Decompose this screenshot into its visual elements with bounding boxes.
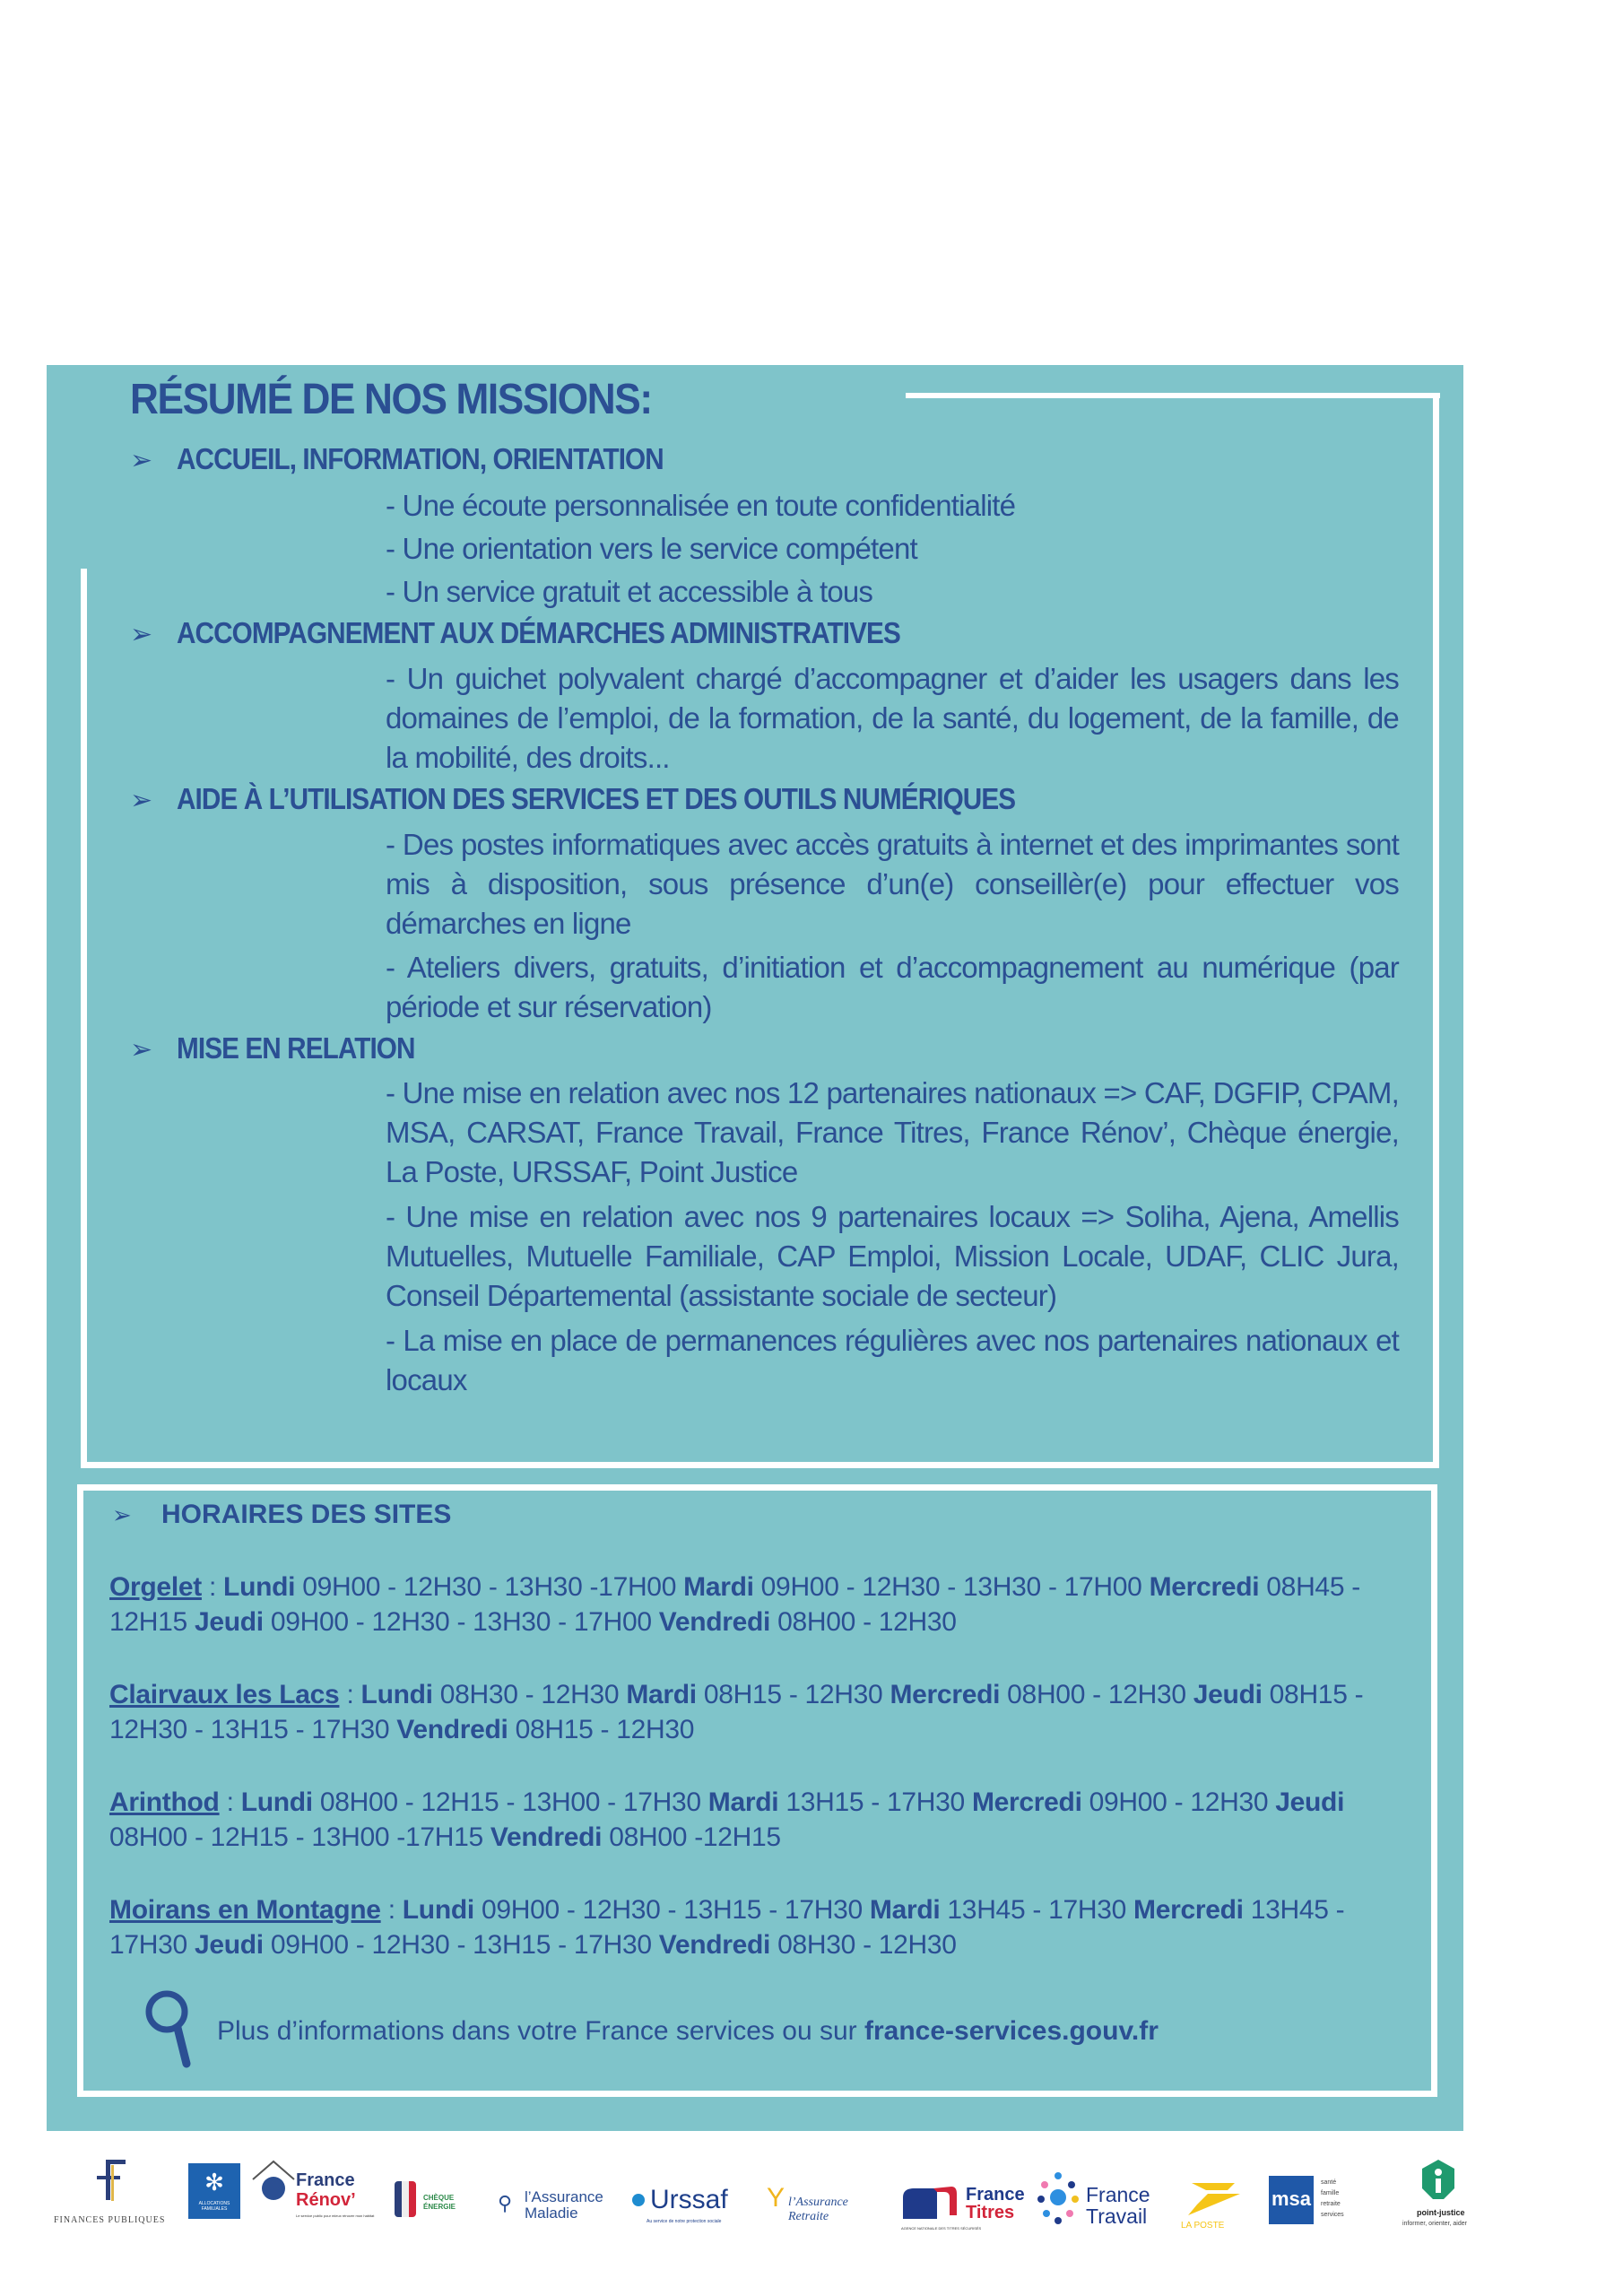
schedule-times: 08H00 - 12H15 - 13H00 -17H15: [109, 1822, 490, 1852]
france-renov-label1: France: [296, 2170, 355, 2191]
logo-france-titres: France Titres AGENCE NATIONALE DES TITRE…: [901, 2152, 1045, 2251]
arrow-bullet-icon: ➢: [130, 785, 177, 816]
section-heading-label: ACCOMPAGNEMENT AUX DÉMARCHES ADMINISTRAT…: [177, 616, 900, 650]
schedule-times: 08H00 - 12H30: [1000, 1680, 1193, 1709]
hours-frame-bottom: [77, 2091, 1437, 2097]
section-heading-label: MISE EN RELATION: [177, 1031, 415, 1065]
france-titres-tagline: AGENCE NATIONALE DES TITRES SÉCURISÉS: [901, 2226, 981, 2231]
schedule-day: Vendredi: [490, 1822, 602, 1852]
mission-item: - Une écoute personnalisée en toute conf…: [386, 486, 1399, 526]
la-poste-label: LA POSTE: [1181, 2221, 1224, 2231]
schedule-times: 08H00 -12H15: [602, 1822, 781, 1852]
hours-heading: ➢HORAIRES DES SITES: [112, 1500, 451, 1530]
schedule-day: Jeudi: [195, 1607, 264, 1637]
cheque-energie-label1: CHÈQUE: [423, 2194, 454, 2202]
site-name: Arinthod: [109, 1787, 220, 1817]
section-heading-label: ACCUEIL, INFORMATION, ORIENTATION: [177, 442, 664, 476]
schedule-day: Mercredi: [1150, 1572, 1260, 1602]
msa-tagline: services: [1321, 2212, 1344, 2218]
schedule-times: 08H00 - 12H30: [770, 1607, 957, 1637]
mission-item: - Des postes informatiques avec accès gr…: [386, 825, 1399, 944]
schedule-times: 09H00 - 12H30: [1082, 1787, 1276, 1817]
france-services-link[interactable]: france-services.gouv.fr: [864, 2016, 1159, 2046]
urssaf-tagline: Au service de notre protection sociale: [647, 2219, 721, 2224]
logo-france-renov: France Rénov’ Le service public pour mie…: [251, 2152, 395, 2251]
logo-assurance-retraite: Y l’Assurance Retraite: [767, 2152, 874, 2251]
schedule-day: Lundi: [223, 1572, 295, 1602]
msa-tagline: retraite: [1321, 2201, 1341, 2207]
schedule-day: Vendredi: [659, 1607, 770, 1637]
missions-title: RÉSUMÉ DE NOS MISSIONS:: [130, 375, 652, 424]
logo-la-poste: LA POSTE: [1179, 2152, 1260, 2251]
schedule-times: 09H00 - 12H30 - 13H30 - 17H00: [264, 1607, 659, 1637]
msa-icon: msa: [1269, 2176, 1314, 2224]
site-name: Orgelet: [109, 1572, 202, 1602]
info-row: Plus d’informations dans votre France se…: [143, 1987, 1399, 2076]
schedule-times: 08H15 - 12H30: [508, 1715, 695, 1744]
site-hours: Arinthod : Lundi 08H00 - 12H15 - 13H00 -…: [109, 1785, 1419, 1855]
finances-publiques-icon: [54, 2152, 170, 2206]
arrow-bullet-icon: ➢: [130, 619, 177, 650]
schedule-day: Jeudi: [1275, 1787, 1344, 1817]
finances-publiques-label: FINANCES PUBLIQUES: [54, 2215, 165, 2225]
schedule-times: 09H00 - 12H30 - 13H30 - 17H00: [754, 1572, 1150, 1602]
mission-item: - Un service gratuit et accessible à tou…: [386, 572, 1399, 612]
logo-point-justice: point-justice informer, orienter, aider: [1390, 2152, 1497, 2251]
france-titres-label2: Titres: [966, 2203, 1014, 2223]
urssaf-icon: [632, 2194, 645, 2206]
logo-france-travail: France Travail: [1036, 2152, 1170, 2251]
mission-item: - Une mise en relation avec nos 9 parten…: [386, 1197, 1399, 1316]
schedule-day: Mercredi: [890, 1680, 1000, 1709]
frame-bottom-line: [81, 1462, 1439, 1468]
schedule-day: Mardi: [708, 1787, 779, 1817]
logo-cheque-energie: CHÈQUE ÉNERGIE: [395, 2152, 484, 2251]
france-travail-label2: Travail: [1086, 2205, 1147, 2229]
section-heading-label: AIDE À L’UTILISATION DES SERVICES ET DES…: [177, 782, 1015, 816]
hours-heading-label: HORAIRES DES SITES: [161, 1500, 451, 1529]
schedule-day: Lundi: [241, 1787, 313, 1817]
france-titres-icon: [901, 2185, 959, 2221]
schedule-day: Mercredi: [1133, 1895, 1244, 1925]
schedule-day: Vendredi: [659, 1930, 770, 1960]
caf-icon: ✻ ALLOCATIONS FAMILIALES: [188, 2163, 240, 2219]
schedule-times: 08H00 - 12H15 - 13H00 - 17H30: [313, 1787, 708, 1817]
schedule-day: Mardi: [870, 1895, 941, 1925]
assurance-maladie-icon: ⚲: [498, 2192, 512, 2215]
frame-left-line: [81, 569, 87, 1468]
urssaf-label: Urssaf: [650, 2185, 728, 2215]
point-justice-label: point-justice: [1417, 2208, 1465, 2217]
logo-msa: msa santé famille retraite services: [1269, 2152, 1367, 2251]
france-renov-house-icon: [251, 2160, 296, 2205]
info-text-label: Plus d’informations dans votre France se…: [217, 2016, 864, 2046]
schedule-times: 09H00 - 12H30 - 13H30 -17H00: [295, 1572, 683, 1602]
mission-item: - Une mise en relation avec nos 12 parte…: [386, 1074, 1399, 1192]
site-hours: Clairvaux les Lacs : Lundi 08H30 - 12H30…: [109, 1677, 1419, 1747]
cheque-energie-label2: ÉNERGIE: [423, 2203, 456, 2211]
france-travail-icon: [1036, 2170, 1081, 2226]
section-heading-accompagnement: ➢ACCOMPAGNEMENT AUX DÉMARCHES ADMINISTRA…: [130, 616, 981, 650]
schedule-day: Mercredi: [972, 1787, 1082, 1817]
schedule-day: Lundi: [403, 1895, 474, 1925]
site-hours: Orgelet : Lundi 09H00 - 12H30 - 13H30 -1…: [109, 1570, 1419, 1639]
hours-frame-left: [77, 1484, 83, 2097]
logo-assurance-maladie: ⚲ l’Assurance Maladie: [498, 2152, 623, 2251]
hours-frame-right: [1431, 1484, 1437, 2097]
schedule-day: Mardi: [683, 1572, 754, 1602]
schedule-day: Lundi: [361, 1680, 433, 1709]
mission-item: - Ateliers divers, gratuits, d’initiatio…: [386, 948, 1399, 1027]
schedule-day: Mardi: [626, 1680, 697, 1709]
hours-frame-top: [79, 1484, 1437, 1491]
site-name: Clairvaux les Lacs: [109, 1680, 339, 1709]
schedule-times: 08H30 - 12H30: [433, 1680, 627, 1709]
msa-tagline: santé: [1321, 2179, 1336, 2186]
section-heading-mise-en-relation: ➢MISE EN RELATION: [130, 1031, 441, 1065]
frame-top-line: [906, 393, 1440, 398]
search-icon: [143, 1987, 197, 2076]
site-name: Moirans en Montagne: [109, 1895, 381, 1925]
point-justice-icon: [1420, 2158, 1456, 2201]
schedule-day: Jeudi: [1193, 1680, 1263, 1709]
schedule-times: 08H15 - 12H30: [697, 1680, 890, 1709]
caf-label: ALLOCATIONS FAMILIALES: [191, 2201, 238, 2212]
site-hours: Moirans en Montagne : Lundi 09H00 - 12H3…: [109, 1892, 1419, 1962]
france-renov-label2: Rénov’: [296, 2190, 356, 2211]
logo-urssaf: Urssaf Au service de notre protection so…: [632, 2152, 762, 2251]
assurance-maladie-label1: l’Assurance: [525, 2188, 603, 2206]
logo-caf: ✻ ALLOCATIONS FAMILIALES: [188, 2152, 242, 2251]
arrow-bullet-icon: ➢: [130, 445, 177, 476]
schedule-times: 08H30 - 12H30: [770, 1930, 957, 1960]
schedule-times: 09H00 - 12H30 - 13H15 - 17H30: [474, 1895, 870, 1925]
section-heading-accueil: ➢ACCUEIL, INFORMATION, ORIENTATION: [130, 442, 717, 476]
france-renov-tagline: Le service public pour mieux rénover mon…: [296, 2213, 374, 2218]
france-travail-label1: France: [1086, 2183, 1150, 2207]
mission-item: - La mise en place de permanences réguli…: [386, 1321, 1399, 1400]
partner-logos: FINANCES PUBLIQUES ✻ ALLOCATIONS FAMILIA…: [54, 2152, 1578, 2251]
assurance-retraite-icon: Y: [767, 2183, 785, 2213]
info-text: Plus d’informations dans votre France se…: [217, 2016, 1159, 2047]
schedule-times: 13H15 - 17H30: [778, 1787, 972, 1817]
la-poste-icon: [1179, 2179, 1242, 2215]
assurance-maladie-label2: Maladie: [525, 2205, 578, 2222]
msa-tagline: famille: [1321, 2190, 1339, 2196]
cheque-energie-icon: [395, 2181, 402, 2217]
assurance-retraite-label1: l’Assurance: [788, 2196, 848, 2210]
schedule-times: 13H45 - 17H30: [940, 1895, 1133, 1925]
schedule-times: 09H00 - 12H30 - 13H15 - 17H30: [264, 1930, 659, 1960]
schedule-day: Jeudi: [195, 1930, 264, 1960]
assurance-retraite-label2: Retraite: [788, 2210, 829, 2224]
logo-finances-publiques: FINANCES PUBLIQUES: [54, 2152, 170, 2251]
arrow-bullet-icon: ➢: [130, 1034, 177, 1065]
frame-right-line: [1433, 393, 1439, 1467]
section-heading-numerique: ➢AIDE À L’UTILISATION DES SERVICES ET DE…: [130, 782, 1108, 816]
point-justice-tagline: informer, orienter, aider: [1402, 2221, 1467, 2227]
mission-item: - Un guichet polyvalent chargé d’accompa…: [386, 659, 1399, 778]
arrow-bullet-icon: ➢: [112, 1501, 161, 1529]
mission-item: - Une orientation vers le service compét…: [386, 529, 1399, 569]
schedule-day: Vendredi: [396, 1715, 508, 1744]
